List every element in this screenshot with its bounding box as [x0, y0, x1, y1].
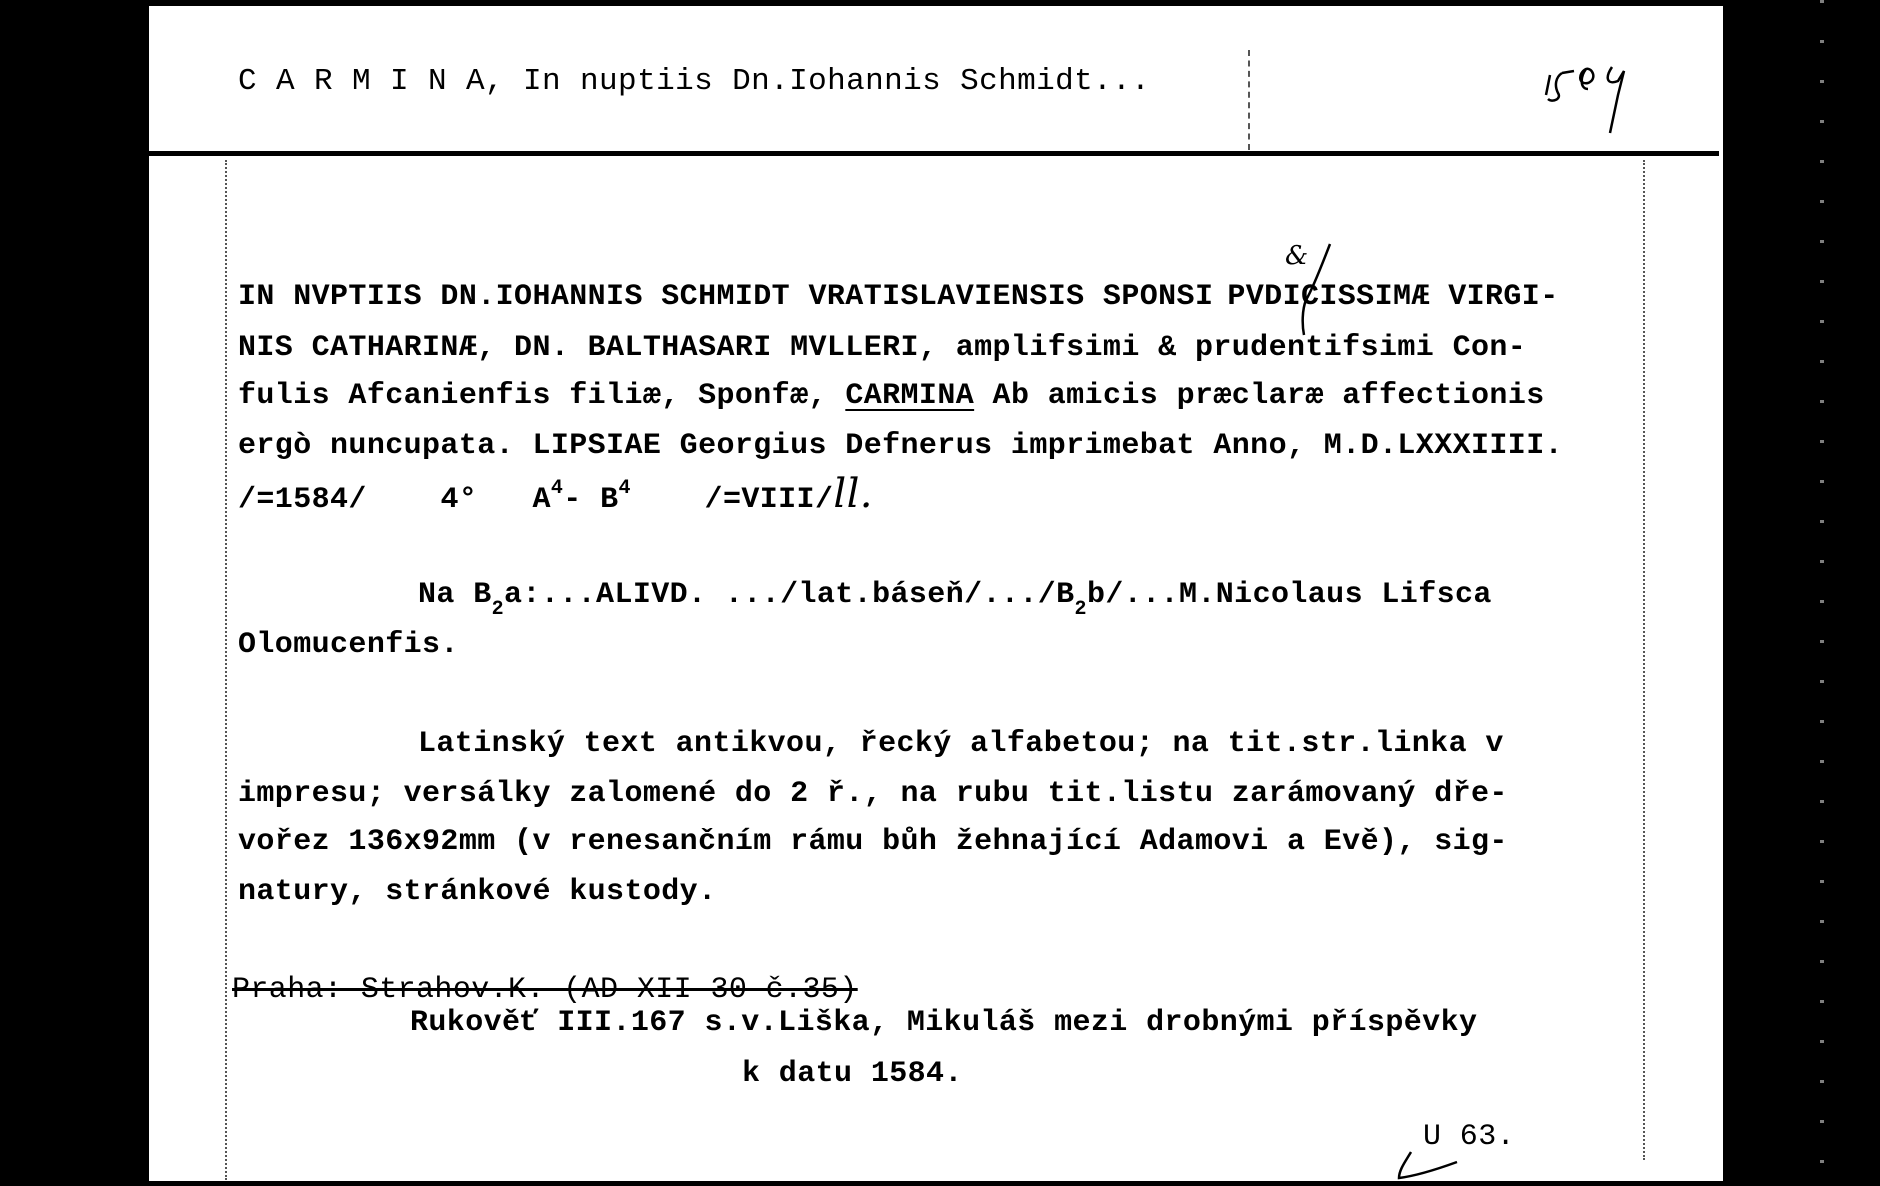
collation-line: /=1584/ 4° A4- B4 /=VIII/ll.: [238, 476, 873, 521]
description-line-3: vořez 136x92mm (v renesančním rámu bůh ž…: [238, 824, 1508, 860]
header-rule: [149, 151, 1719, 156]
card-header-title: C A R M I N A, In nuptiis Dn.Iohannis Sc…: [238, 64, 1150, 100]
reference-line-2: k datu 1584.: [742, 1056, 963, 1092]
insertion-mark: [1290, 240, 1340, 340]
right-margin-line: [1643, 160, 1645, 1160]
title-line-2: NIS CATHARINÆ, DN. BALTHASARI MVLLERI, a…: [238, 330, 1526, 366]
description-line-2: impresu; versálky zalomené do 2 ř., na r…: [238, 776, 1508, 812]
title-line-1: IN NVPTIIS DN.IOHANNIS SCHMIDT VRATISLAV…: [238, 279, 1559, 315]
note-line-2: Olomucenfis.: [238, 627, 459, 663]
title-line-4: ergò nuncupata. LIPSIAE Georgius Defneru…: [238, 428, 1563, 464]
reference-line-1: Rukověť III.167 s.v.Liška, Mikuláš mezi …: [410, 1005, 1477, 1041]
title-line-3: fulis Afcanienfis filiæ, Sponfæ, CARMINA…: [238, 378, 1545, 414]
check-mark: [1395, 1148, 1475, 1186]
scan-artifact: [1248, 50, 1250, 150]
handwritten-year: [1540, 55, 1670, 145]
description-line-1: Latinský text antikvou, řecký alfabetou;…: [418, 726, 1504, 762]
struck-location: Praha: Strahov.K. (AD XII 30 č.35): [232, 972, 858, 1008]
note-line-1: Na B2a:...ALIVD. .../lat.báseň/.../B2b/.…: [418, 577, 1492, 616]
left-margin-line: [225, 160, 227, 1180]
scan-edge: [1820, 0, 1824, 1186]
description-line-4: natury, stránkové kustody.: [238, 874, 716, 910]
